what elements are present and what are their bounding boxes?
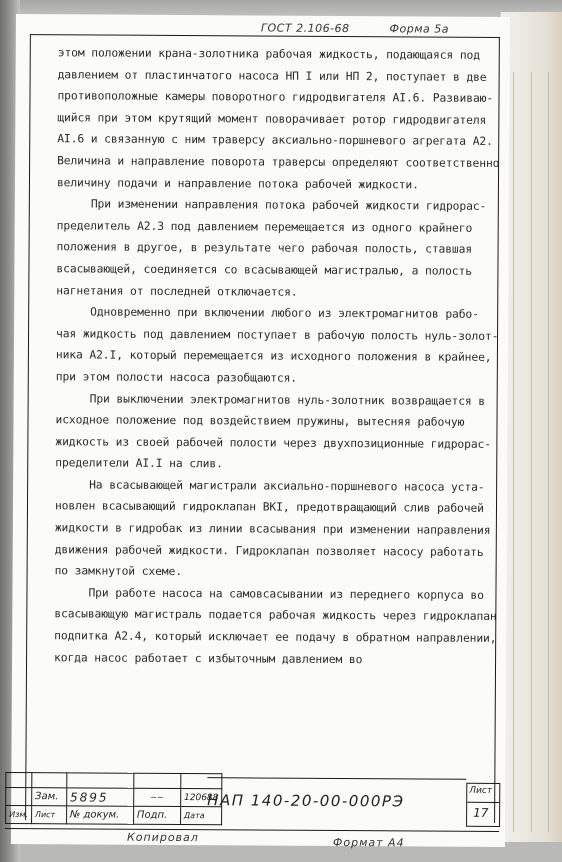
change-signature: ~~ bbox=[133, 788, 180, 806]
revision-row-empty bbox=[6, 772, 222, 788]
change-doc-number: 5895 bbox=[66, 788, 133, 806]
text-line: всасывающую магистраль подается рабочая … bbox=[54, 604, 486, 628]
paragraph: этом положении крана-золотника рабочая ж… bbox=[57, 42, 490, 196]
text-line: AI.6 и связанную с ним траверсу аксиальн… bbox=[57, 129, 489, 153]
text-line: жидкость из своей рабочей полости через … bbox=[55, 431, 487, 455]
text-line: противоположные камеры поворотного гидро… bbox=[57, 85, 489, 109]
text-line: подпитка А2.4, который исключает ее пода… bbox=[54, 625, 486, 649]
body-text: этом положении крана-золотника рабочая ж… bbox=[54, 42, 490, 671]
paragraph: При работе насоса на самовсасывании из п… bbox=[54, 582, 487, 671]
document-code: НАП 140-20-00-000РЭ bbox=[207, 791, 404, 810]
text-line: при этом полости насоса разобщаются. bbox=[56, 366, 488, 390]
text-line: давлением от пластинчатого насоса НП I и… bbox=[58, 64, 490, 88]
document-page: ГОСТ 2.106-68 Форма 5а этом положении кр… bbox=[11, 14, 510, 847]
page-stack-edge bbox=[500, 12, 562, 842]
text-line: движения рабочей жидкости. Гидроклапан п… bbox=[55, 539, 487, 563]
copied-label: Копировал bbox=[127, 831, 199, 844]
text-line: новлен всасывающий гидроклапан ВКI, пред… bbox=[55, 496, 487, 520]
text-line: величину подачи и направление потока раб… bbox=[57, 172, 489, 196]
text-line: При выключении электромагнитов нуль-золо… bbox=[56, 388, 488, 412]
revision-row-labels: Изм. Лист № докум. Подп. Дата bbox=[6, 805, 222, 824]
text-line: При изменении направления потока рабочей… bbox=[57, 193, 489, 217]
text-line: щийся при этом крутящий момент поворачив… bbox=[57, 107, 489, 131]
sheet-label: Лист bbox=[467, 784, 499, 803]
text-line: когда насос работает с избыточным давлен… bbox=[54, 647, 486, 671]
text-line: жидкости в гидробак из линии всасывания … bbox=[55, 517, 487, 541]
standard-reference: ГОСТ 2.106-68 bbox=[261, 21, 350, 35]
text-line: положения в другое, в результате чего ра… bbox=[57, 237, 489, 261]
form-reference: Форма 5а bbox=[390, 22, 450, 35]
revision-table: Зам. 5895 ~~ 120688 Изм. Лист № докум. П… bbox=[5, 772, 223, 825]
text-line: На всасывающей магистрали аксиально-порш… bbox=[55, 474, 487, 498]
text-line: При работе насоса на самовсасывании из п… bbox=[54, 582, 486, 606]
sheet-box: Лист 17 bbox=[466, 783, 500, 827]
change-type: Зам. bbox=[31, 788, 66, 806]
text-line: по замкнутой схеме. bbox=[55, 560, 487, 584]
text-line: исходное положение под воздействием пруж… bbox=[55, 409, 487, 433]
format-label: Формат А4 bbox=[333, 836, 405, 849]
text-line: Одновременно при включении любого из эле… bbox=[56, 301, 488, 325]
sheet-number: 17 bbox=[467, 803, 499, 823]
stamp-bottom-line bbox=[5, 828, 499, 832]
stamp-divider bbox=[207, 777, 466, 780]
text-line: этом положении крана-золотника рабочая ж… bbox=[58, 42, 490, 66]
paragraph: Одновременно при включении любого из эле… bbox=[56, 301, 489, 390]
text-line: нагнетания от последней отключается. bbox=[56, 280, 488, 304]
revision-row-change: Зам. 5895 ~~ 120688 bbox=[6, 787, 222, 806]
title-block: Зам. 5895 ~~ 120688 Изм. Лист № докум. П… bbox=[11, 768, 495, 831]
paragraph: На всасывающей магистрали аксиально-порш… bbox=[55, 474, 488, 585]
text-line: Величина и направление поворота траверсы… bbox=[57, 150, 489, 174]
text-line: пределитель А2.3 под давлением перемещае… bbox=[57, 215, 489, 239]
paragraph: При изменении направления потока рабочей… bbox=[56, 193, 489, 304]
page-header: ГОСТ 2.106-68 Форма 5а bbox=[261, 21, 485, 35]
text-line: чая жидкость под давлением поступает в р… bbox=[56, 323, 488, 347]
paragraph: При выключении электромагнитов нуль-золо… bbox=[55, 388, 488, 477]
text-line: пределители AI.I на слив. bbox=[55, 453, 487, 477]
text-line: ника А2.I, который перемещается из исход… bbox=[56, 345, 488, 369]
text-line: всасывающей, соединяется со всасывающей … bbox=[56, 258, 488, 282]
